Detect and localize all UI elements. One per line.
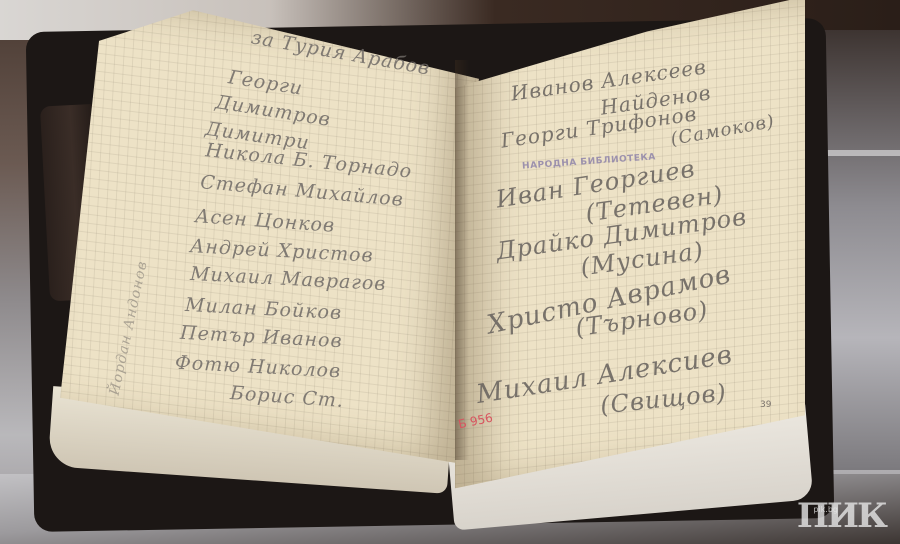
watermark: ПИК — [797, 496, 886, 536]
notebook-gutter — [455, 60, 469, 460]
page-number: 39 — [760, 400, 771, 410]
watermark-logo: ПИК — [797, 496, 886, 536]
